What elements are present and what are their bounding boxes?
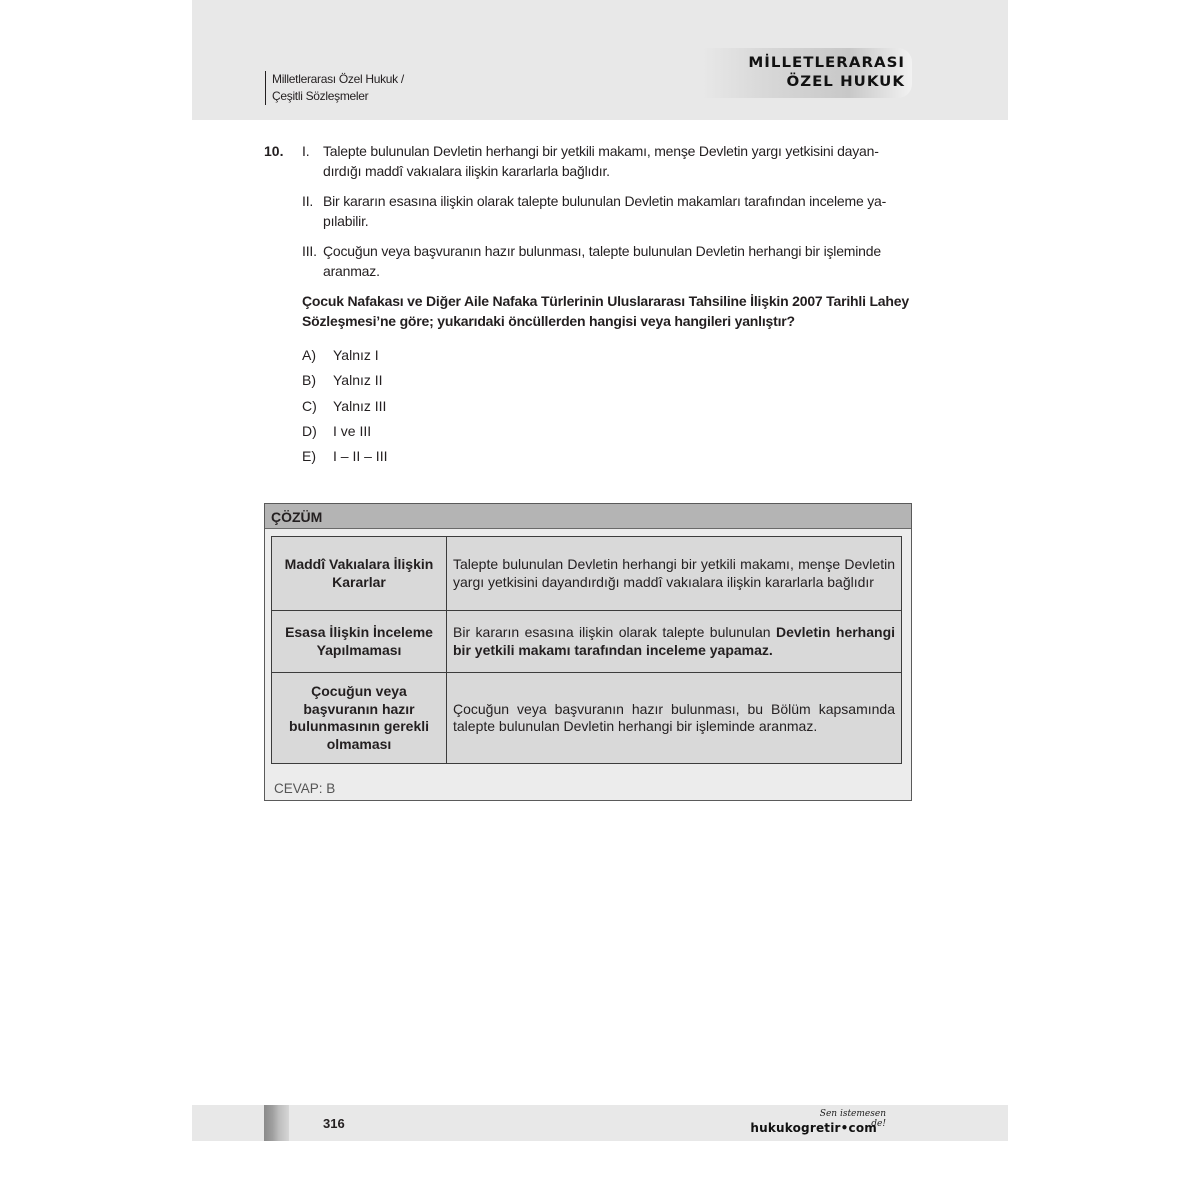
option-label: A) [302, 345, 333, 370]
option-e[interactable]: E)I – II – III [302, 446, 912, 471]
option-text: Yalnız III [333, 396, 386, 421]
option-text: Yalnız II [333, 370, 383, 395]
option-label: B) [302, 370, 333, 395]
row-value: Talepte bulunulan Devletin herhangi bir … [447, 537, 902, 611]
question-number: 10. [264, 141, 283, 161]
brand-line-1: MİLLETLERARASI [702, 53, 912, 71]
solution-title: ÇÖZÜM [265, 504, 911, 529]
premise-number: I. [302, 141, 309, 161]
brand-logo: MİLLETLERARASI ÖZEL HUKUK [702, 48, 912, 98]
row-value: Çocuğun veya başvuranın hazır bulunması,… [447, 673, 902, 764]
premise-text: Çocuğun veya başvuranın hazır bulunması,… [323, 243, 881, 279]
row-key: Çocuğun veya başvuranın hazır bulunmasın… [272, 673, 447, 764]
table-row: Esasa İlişkin İnceleme Yapılmaması Bir k… [272, 611, 902, 673]
breadcrumb: Milletlerarası Özel Hukuk / Çeşitli Sözl… [265, 71, 404, 105]
option-label: C) [302, 396, 333, 421]
table-row: Maddî Vakıalara İlişkin Kararlar Talepte… [272, 537, 902, 611]
solution-box: ÇÖZÜM Maddî Vakıalara İlişkin Kararlar T… [264, 503, 912, 801]
option-c[interactable]: C)Yalnız III [302, 396, 912, 421]
answer-options: A)Yalnız I B)Yalnız II C)Yalnız III D)I … [302, 345, 912, 471]
page-footer: 316 Sen istemesen de! hukukogretir•com [192, 1105, 1008, 1141]
footer-bar-decoration [264, 1105, 289, 1141]
question: 10. I. Talepte bulunulan Devletin herhan… [264, 141, 912, 471]
row-key: Maddî Vakıalara İlişkin Kararlar [272, 537, 447, 611]
question-stem: Çocuk Nafakası ve Diğer Aile Nafaka Türl… [302, 291, 912, 331]
option-b[interactable]: B)Yalnız II [302, 370, 912, 395]
option-text: I ve III [333, 421, 371, 446]
row-value: Bir kararın esasına ilişkin olarak talep… [447, 611, 902, 673]
row-key: Esasa İlişkin İnceleme Yapılmaması [272, 611, 447, 673]
premise-text: Bir kararın esasına ilişkin olarak talep… [323, 193, 886, 229]
page: Milletlerarası Özel Hukuk / Çeşitli Sözl… [192, 0, 1008, 1200]
breadcrumb-line-2: Çeşitli Sözleşmeler [272, 88, 404, 105]
option-text: I – II – III [333, 446, 387, 471]
option-a[interactable]: A)Yalnız I [302, 345, 912, 370]
premise-text: Talepte bulunulan Devletin herhangi bir … [323, 143, 879, 179]
footer-site-logo: hukukogretir•com [747, 1121, 877, 1135]
premise: II. Bir kararın esasına ilişkin olarak t… [302, 191, 912, 231]
page-header: Milletlerarası Özel Hukuk / Çeşitli Sözl… [192, 0, 1008, 120]
brand-line-2: ÖZEL HUKUK [702, 72, 912, 90]
premise: I. Talepte bulunulan Devletin herhangi b… [302, 141, 912, 181]
answer-text: CEVAP: B [274, 781, 335, 796]
table-row: Çocuğun veya başvuranın hazır bulunmasın… [272, 673, 902, 764]
option-text: Yalnız I [333, 345, 379, 370]
option-label: D) [302, 421, 333, 446]
solution-table: Maddî Vakıalara İlişkin Kararlar Talepte… [271, 536, 902, 764]
premise-number: III. [302, 241, 317, 261]
page-number: 316 [323, 1116, 345, 1131]
option-label: E) [302, 446, 333, 471]
premise: III. Çocuğun veya başvuranın hazır bulun… [302, 241, 912, 281]
premise-number: II. [302, 191, 313, 211]
option-d[interactable]: D)I ve III [302, 421, 912, 446]
breadcrumb-line-1: Milletlerarası Özel Hukuk / [272, 71, 404, 88]
